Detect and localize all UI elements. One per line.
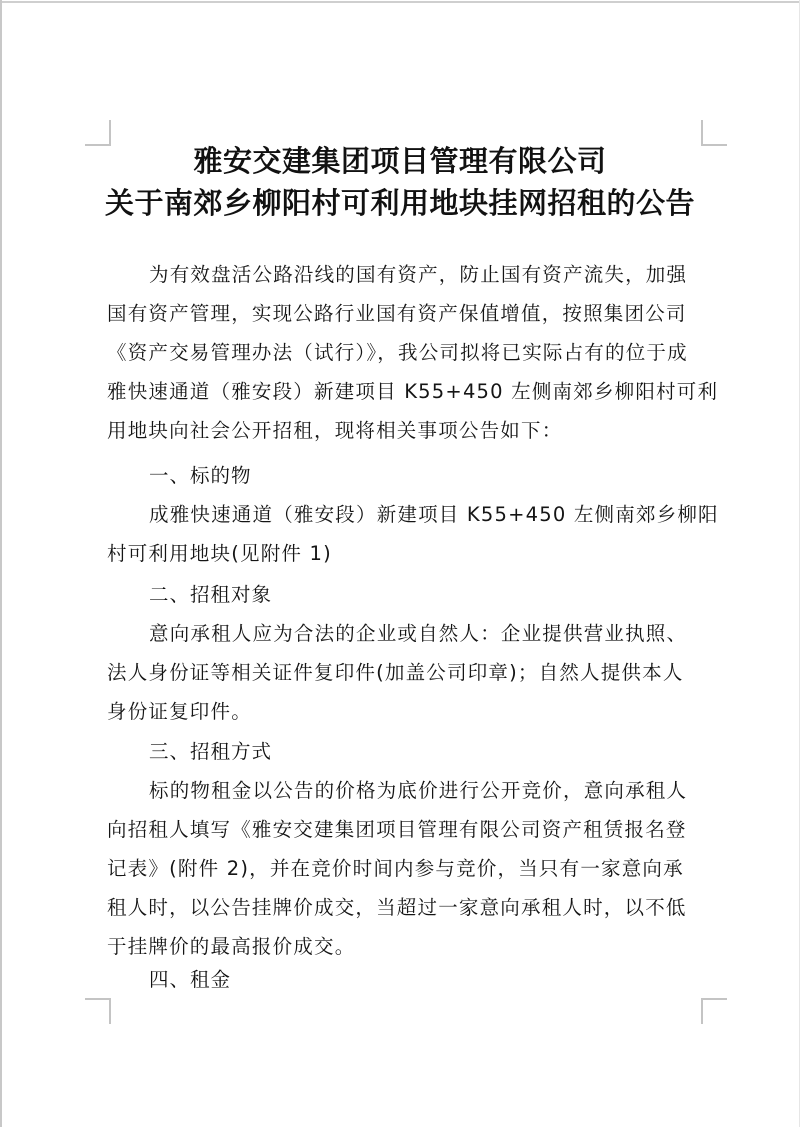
- intro-line: 雅快速通道（雅安段）新建项目 K55+450 左侧南郊乡柳阳村可利: [107, 379, 699, 405]
- section-line: 标的物租金以公告的价格为底价进行公开竞价，意向承租人: [149, 778, 741, 804]
- section-line: 租人时，以公告挂牌价成交，当超过一家意向承租人时，以不低: [107, 895, 699, 921]
- section-heading-rent: 四、租金: [149, 967, 231, 993]
- crop-mark-bottom-left: [85, 998, 111, 1024]
- section-line: 于挂牌价的最高报价成交。: [107, 934, 699, 960]
- intro-line: 为有效盘活公路沿线的国有资产，防止国有资产流失，加强: [149, 262, 741, 288]
- section-line: 成雅快速通道（雅安段）新建项目 K55+450 左侧南郊乡柳阳: [149, 502, 741, 528]
- section-heading-method: 三、招租方式: [149, 739, 272, 765]
- section-line: 向招租人填写《雅安交建集团项目管理有限公司资产租赁报名登: [107, 817, 699, 843]
- section-line: 村可利用地块(见附件 1): [107, 541, 699, 567]
- section-heading-lessee: 二、招租对象: [149, 582, 272, 608]
- page-border-top: [0, 1, 800, 3]
- section-line: 意向承租人应为合法的企业或自然人：企业提供营业执照、: [149, 621, 741, 647]
- document-title-subject: 关于南郊乡柳阳村可利用地块挂网招租的公告: [0, 185, 800, 221]
- section-line: 法人身份证等相关证件复印件(加盖公司印章)；自然人提供本人: [107, 660, 699, 686]
- intro-line: 用地块向社会公开招租，现将相关事项公告如下：: [107, 418, 699, 444]
- document-title-company: 雅安交建集团项目管理有限公司: [0, 143, 800, 179]
- section-heading-subject-matter: 一、标的物: [149, 463, 252, 489]
- intro-line: 《资产交易管理办法（试行）》，我公司拟将已实际占有的位于成: [107, 340, 699, 366]
- intro-line: 国有资产管理，实现公路行业国有资产保值增值，按照集团公司: [107, 301, 699, 327]
- crop-mark-bottom-right: [701, 998, 727, 1024]
- section-line: 记表》(附件 2)，并在竞价时间内参与竞价，当只有一家意向承: [107, 856, 699, 882]
- section-line: 身份证复印件。: [107, 699, 699, 725]
